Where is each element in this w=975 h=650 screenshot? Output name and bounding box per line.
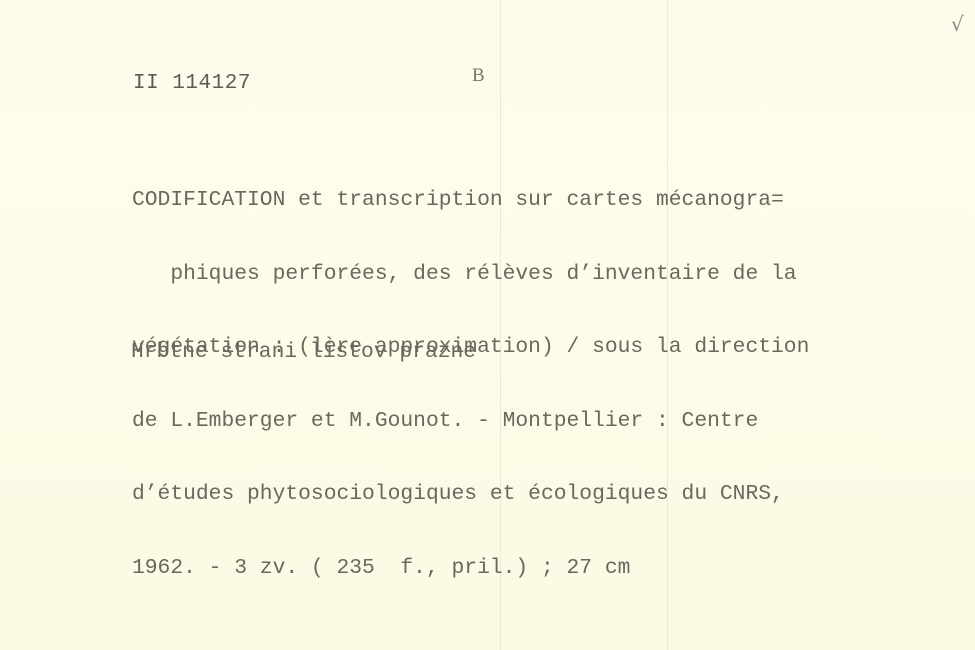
description-line: phiques perforées, des rélèves d’inventa… bbox=[132, 262, 809, 287]
location-mark: B bbox=[472, 65, 485, 87]
description-line: CODIFICATION et transcription sur cartes… bbox=[132, 188, 809, 213]
description-line: 1962. - 3 zv. ( 235 f., pril.) ; 27 cm bbox=[132, 556, 809, 581]
card-note: Hrbtne strani listov prazne bbox=[131, 340, 476, 364]
description-line: de L.Emberger et M.Gounot. - Montpellier… bbox=[132, 409, 809, 434]
bibliographic-description: CODIFICATION et transcription sur cartes… bbox=[132, 139, 809, 629]
catalog-card: II 114127 B √ CODIFICATION et transcript… bbox=[0, 0, 975, 650]
call-number: II 114127 bbox=[133, 72, 251, 95]
checkmark-icon: √ bbox=[951, 12, 964, 36]
description-line: d’études phytosociologiques et écologiqu… bbox=[132, 482, 809, 507]
